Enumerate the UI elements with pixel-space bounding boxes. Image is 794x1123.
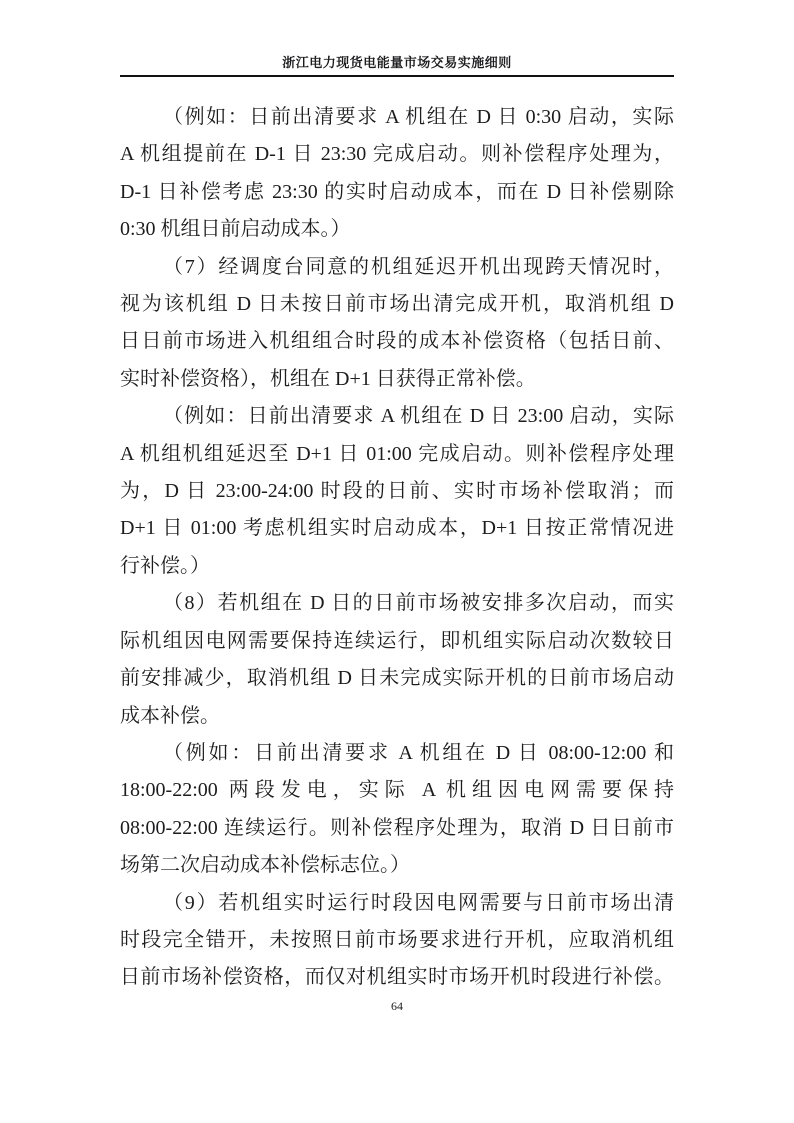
page-header-title: 浙江电力现货电能量市场交易实施细则 (0, 52, 794, 71)
text-line: （例如：日前出清要求 A 机组在 D 日 0:30 启动，实际 (120, 99, 674, 136)
text-line: 日日前市场进入机组组合时段的成本补偿资格（包括日前、 (120, 323, 674, 360)
text-line: 08:00-22:00 连续运行。则补偿程序处理为，取消 D 日日前市 (120, 810, 674, 847)
text-line: （例如：日前出清要求 A 机组在 D 日 08:00-12:00 和 (120, 735, 674, 772)
paragraph: （例如：日前出清要求 A 机组在 D 日 0:30 启动，实际A 机组提前在 D… (120, 99, 674, 249)
text-line: 成本补偿。 (120, 698, 674, 735)
text-line: 18:00-22:00 两段发电，实际 A 机组因电网需要保持 (120, 772, 674, 809)
document-body: （例如：日前出清要求 A 机组在 D 日 0:30 启动，实际A 机组提前在 D… (120, 99, 674, 997)
text-line: （7）经调度台同意的机组延迟开机出现跨天情况时， (120, 249, 674, 286)
text-line: 实时补偿资格），机组在 D+1 日获得正常补偿。 (120, 361, 674, 398)
text-line: 际机组因电网需要保持连续运行，即机组实际启动次数较日 (120, 623, 674, 660)
paragraph: （8）若机组在 D 日的日前市场被安排多次启动，而实际机组因电网需要保持连续运行… (120, 585, 674, 735)
paragraph: （9）若机组实时运行时段因电网需要与日前市场出清时段完全错开，未按照日前市场要求… (120, 885, 674, 997)
text-line: 场第二次启动成本补偿标志位。） (120, 847, 674, 884)
text-line: 时段完全错开，未按照日前市场要求进行开机，应取消机组 (120, 922, 674, 959)
text-line: 为，D 日 23:00-24:00 时段的日前、实时市场补偿取消；而 (120, 473, 674, 510)
text-line: 视为该机组 D 日未按日前市场出清完成开机，取消机组 D (120, 286, 674, 323)
header-rule-divider (120, 75, 674, 77)
text-line: A 机组提前在 D-1 日 23:30 完成启动。则补偿程序处理为， (120, 136, 674, 173)
text-line: D+1 日 01:00 考虑机组实时启动成本，D+1 日按正常情况进 (120, 510, 674, 547)
text-line: （8）若机组在 D 日的日前市场被安排多次启动，而实 (120, 585, 674, 622)
text-line: 前安排减少，取消机组 D 日未完成实际开机的日前市场启动 (120, 660, 674, 697)
text-line: 行补偿。） (120, 548, 674, 585)
text-line: A 机组机组延迟至 D+1 日 01:00 完成启动。则补偿程序处理 (120, 436, 674, 473)
document-page: 浙江电力现货电能量市场交易实施细则 （例如：日前出清要求 A 机组在 D 日 0… (0, 0, 794, 1123)
paragraph: （例如：日前出清要求 A 机组在 D 日 08:00-12:00 和18:00-… (120, 735, 674, 885)
paragraph: （7）经调度台同意的机组延迟开机出现跨天情况时，视为该机组 D 日未按日前市场出… (120, 249, 674, 399)
text-line: （例如：日前出清要求 A 机组在 D 日 23:00 启动，实际 (120, 398, 674, 435)
page-number: 64 (0, 999, 794, 1014)
text-line: D-1 日补偿考虑 23:30 的实时启动成本，而在 D 日补偿剔除 (120, 174, 674, 211)
text-line: 0:30 机组日前启动成本。） (120, 211, 674, 248)
text-line: 日前市场补偿资格，而仅对机组实时市场开机时段进行补偿。 (120, 959, 674, 996)
paragraph: （例如：日前出清要求 A 机组在 D 日 23:00 启动，实际A 机组机组延迟… (120, 398, 674, 585)
text-line: （9）若机组实时运行时段因电网需要与日前市场出清 (120, 885, 674, 922)
